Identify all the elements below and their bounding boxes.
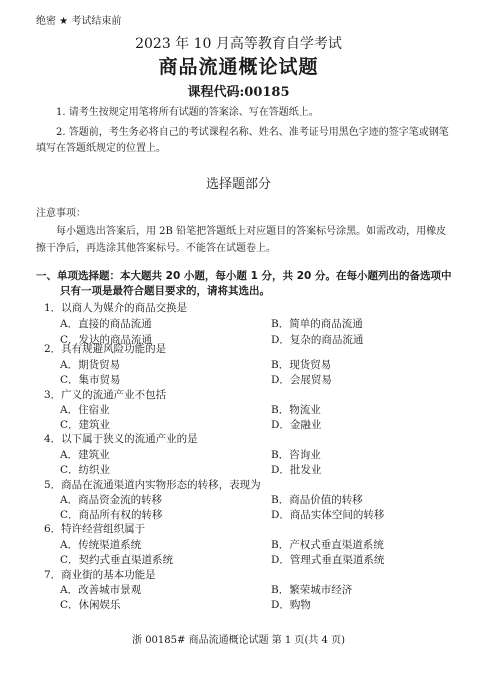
question-5-stem: 5．商品在流通渠道内实物形态的转移，表现为 [44, 477, 261, 492]
question-6-option-d: D．管理式垂直渠道系统 [271, 552, 384, 567]
subject-title: 商品流通概论试题 [0, 52, 477, 79]
section-title: 选择题部分 [0, 173, 477, 192]
question-7-option-c: C．休闲娱乐 [60, 597, 121, 612]
question-3-option-d: D．金融业 [271, 417, 321, 432]
attention-label: 注意事项： [36, 204, 86, 219]
question-4-stem: 4．以下属于狭义的流通产业的是 [44, 431, 198, 446]
question-7-option-a: A．改善城市景观 [60, 582, 141, 597]
question-4-option-a: A．建筑业 [60, 447, 110, 462]
question-1-option-d: D．复杂的商品流通 [271, 332, 363, 347]
question-2-option-a: A．期货贸易 [60, 357, 120, 372]
question-2-option-b: B．现货贸易 [271, 357, 331, 372]
question-4-option-b: B．咨询业 [271, 447, 321, 462]
attention-text-line-1: 每小题选出答案后，用 2B 铅笔把答题纸上对应题目的答案标号涂黑。如需改动，用橡… [56, 222, 446, 237]
question-5-option-c: C．商品所有权的转移 [60, 507, 163, 522]
question-4-option-d: D．批发业 [271, 462, 321, 477]
question-1-stem: 1．以商人为媒介的商品交换是 [44, 300, 187, 315]
question-5-option-b: B．商品价值的转移 [271, 492, 363, 507]
question-3-option-b: B．物流业 [271, 402, 321, 417]
question-6-option-a: A．传统渠道系统 [60, 537, 141, 552]
part-one-heading: 一、单项选择题：本大题共 20 小题，每小题 1 分，共 20 分。在每小题列出… [36, 268, 451, 283]
exam-title: 2023 年 10 月高等教育自学考试 [0, 33, 477, 53]
question-6-option-b: B．产权式垂直渠道系统 [271, 537, 384, 552]
question-3-stem: 3．广义的流通产业不包括 [44, 387, 166, 402]
question-7-option-b: B．繁荣城市经济 [271, 582, 352, 597]
question-3-option-c: C．建筑业 [60, 417, 110, 432]
question-2-option-d: D．会展贸易 [271, 372, 332, 387]
question-6-stem: 6．特许经营组织属于 [44, 521, 145, 536]
question-2-option-c: C．集市贸易 [60, 372, 121, 387]
question-1-option-b: B．简单的商品流通 [271, 316, 363, 331]
question-6-option-c: C．契约式垂直渠道系统 [60, 552, 173, 567]
question-7-option-d: D．购物 [271, 597, 311, 612]
question-3-option-a: A．住宿业 [60, 402, 110, 417]
confidential-label: 绝密 ★ 考试结束前 [36, 12, 121, 27]
page-footer: 浙 00185# 商品流通概论试题 第 1 页(共 4 页) [0, 631, 477, 646]
instruction-2-continued: 填写在答题纸规定的位置上。 [36, 141, 166, 157]
question-4-option-c: C．纺织业 [60, 462, 110, 477]
attention-text-line-2: 擦干净后，再选涂其他答案标号。不能答在试题卷上。 [36, 239, 276, 254]
instruction-2: 2. 答题前，考生务必将自己的考试课程名称、姓名、准考证号用黑色字迹的签字笔或钢… [56, 125, 449, 141]
question-2-stem: 2．具有规避风险功能的是 [44, 341, 166, 356]
question-1-option-a: A．直接的商品流通 [60, 316, 152, 331]
course-code: 课程代码:00185 [0, 81, 477, 100]
question-5-option-a: A．商品资金流的转移 [60, 492, 162, 507]
question-7-stem: 7．商业街的基本功能是 [44, 567, 156, 582]
instruction-1: 1. 请考生按规定用笔将所有试题的答案涂、写在答题纸上。 [56, 105, 319, 121]
part-one-heading-continued: 只有一项是最符合题目要求的，请将其选出。 [60, 283, 270, 298]
question-5-option-d: D．商品实体空间的转移 [271, 507, 384, 522]
